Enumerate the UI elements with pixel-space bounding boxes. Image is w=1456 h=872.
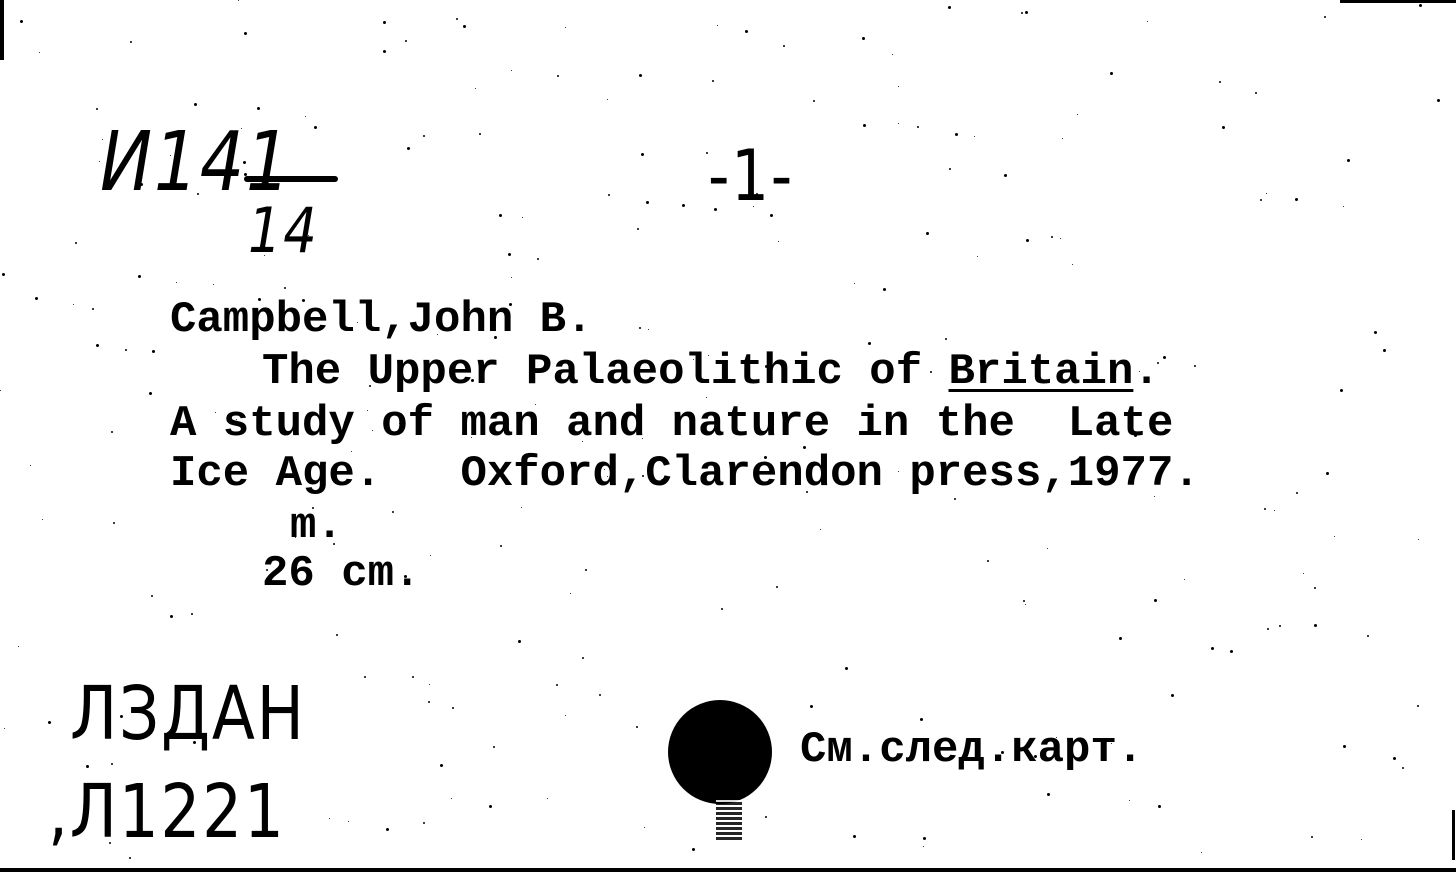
see-next-card-note: См.след.карт. — [800, 724, 1143, 776]
card-number: -1- — [708, 136, 794, 216]
shelfmark-denominator: 14 — [248, 196, 318, 266]
location-code-1: ЛЗДАН — [70, 672, 306, 756]
card-edge-top — [1340, 0, 1456, 3]
card-edge-right — [1452, 810, 1455, 860]
entry-size: 26 cm. — [262, 548, 420, 600]
location-code-2: ,Л1221 — [48, 770, 286, 854]
stamp-mark — [716, 800, 742, 840]
entry-title-text: The Upper Palaeolithic of Britain. — [262, 347, 1160, 397]
card-edge-left — [0, 0, 4, 60]
underlined-word: Britain — [949, 347, 1134, 397]
entry-subtitle-line-2: Ice Age. Oxford,Clarendon press,1977. — [170, 448, 1200, 500]
shelfmark-fraction-bar — [244, 176, 338, 182]
card-punch-hole — [668, 700, 772, 804]
catalog-card: И141 14 -1- Campbell,John B. The Upper P… — [0, 0, 1456, 872]
entry-title: The Upper Palaeolithic of Britain. — [262, 346, 1160, 398]
entry-author: Campbell,John B. — [170, 294, 592, 346]
entry-subtitle-line-1: A study of man and nature in the Late — [170, 398, 1173, 450]
card-edge-bottom — [0, 868, 1456, 872]
